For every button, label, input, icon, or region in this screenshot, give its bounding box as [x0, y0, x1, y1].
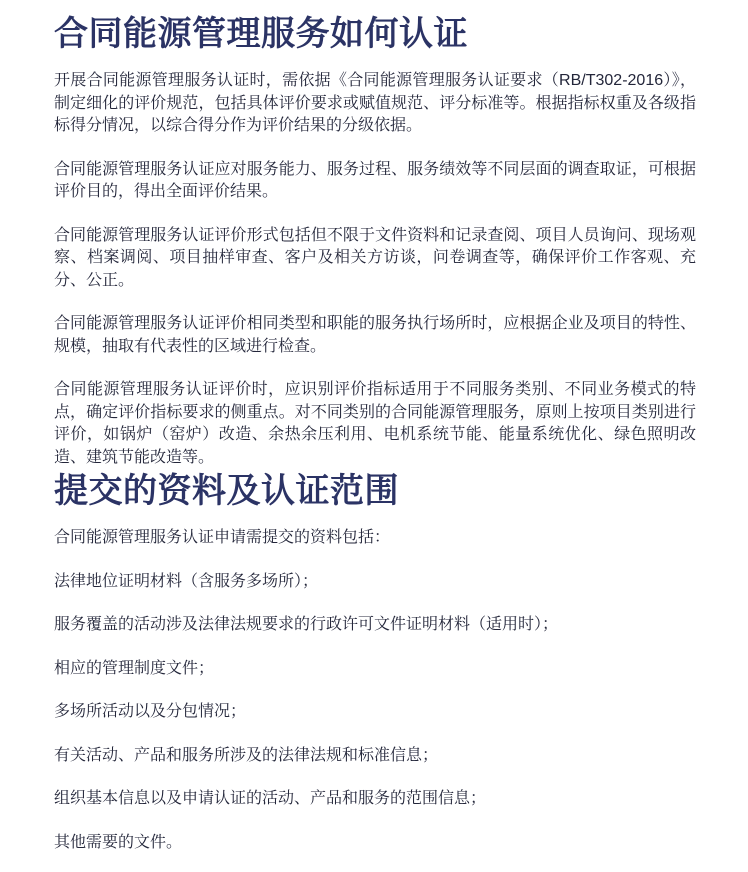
- paragraph-material-item: 法律地位证明材料（含服务多场所）；: [54, 571, 696, 594]
- paragraph-material-item: 多场所活动以及分包情况；: [54, 701, 696, 724]
- paragraph-material-item: 相应的管理制度文件；: [54, 658, 696, 681]
- section-heading-how-to-certify: 合同能源管理服务如何认证: [54, 14, 696, 54]
- paragraph: 合同能源管理服务认证评价形式包括但不限于文件资料和记录查阅、项目人员询问、现场观…: [54, 225, 696, 293]
- paragraph-material-item: 服务覆盖的活动涉及法律法规要求的行政许可文件证明材料（适用时）；: [54, 614, 696, 637]
- section-submitted-materials: 提交的资料及认证范围 合同能源管理服务认证申请需提交的资料包括： 法律地位证明材…: [54, 471, 696, 854]
- section-heading-submitted-materials: 提交的资料及认证范围: [54, 471, 696, 511]
- paragraph: 合同能源管理服务认证应对服务能力、服务过程、服务绩效等不同层面的调查取证，可根据…: [54, 159, 696, 204]
- article-page: 合同能源管理服务如何认证 开展合同能源管理服务认证时，需依据《合同能源管理服务认…: [0, 0, 748, 872]
- paragraph: 合同能源管理服务认证评价时，应识别评价指标适用于不同服务类别、不同业务模式的特点…: [54, 379, 696, 469]
- paragraph-material-item: 有关活动、产品和服务所涉及的法律法规和标准信息；: [54, 745, 696, 768]
- paragraph: 合同能源管理服务认证评价相同类型和职能的服务执行场所时，应根据企业及项目的特性、…: [54, 313, 696, 358]
- section-how-to-certify: 合同能源管理服务如何认证 开展合同能源管理服务认证时，需依据《合同能源管理服务认…: [54, 14, 696, 469]
- paragraph-materials-intro: 合同能源管理服务认证申请需提交的资料包括：: [54, 527, 696, 550]
- paragraph-material-item: 组织基本信息以及申请认证的活动、产品和服务的范围信息；: [54, 788, 696, 811]
- paragraph: 开展合同能源管理服务认证时，需依据《合同能源管理服务认证要求（RB/T302-2…: [54, 70, 696, 138]
